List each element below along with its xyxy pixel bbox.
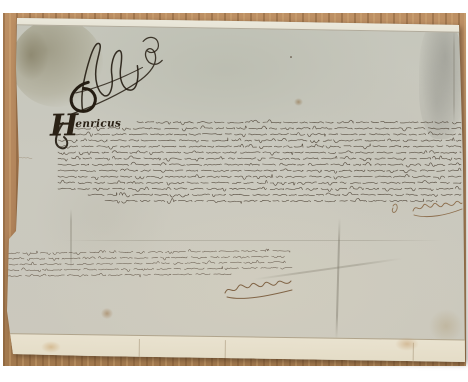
royal-signature-curl <box>143 37 159 53</box>
royal-signature <box>67 37 165 114</box>
body-text-line <box>105 198 437 203</box>
body-text-line <box>137 120 461 125</box>
docket-signature-letters <box>225 281 291 293</box>
marginal-annotation-block <box>19 157 32 158</box>
docket-text-line <box>7 272 231 278</box>
photo-frame: Henricus <box>0 0 468 382</box>
vellum-document: Henricus <box>3 13 466 366</box>
docket-signature-underline <box>227 290 292 298</box>
ink-speck <box>290 56 292 58</box>
manuscript-ink <box>3 13 466 366</box>
body-text-line <box>58 180 461 185</box>
body-text-line <box>58 186 461 191</box>
secretarial-signature-letters <box>413 201 462 211</box>
secretarial-signature-underline <box>414 209 462 217</box>
body-text-line <box>58 151 461 156</box>
body-text-line <box>58 156 461 161</box>
marginal-annotation <box>19 157 32 158</box>
body-text-line <box>58 174 461 179</box>
docket-text-line <box>6 249 290 256</box>
docket-signature <box>225 281 292 298</box>
body-text-line <box>58 162 461 167</box>
body-text-line <box>75 132 461 137</box>
secretarial-signature <box>413 201 462 216</box>
body-text-line <box>75 126 461 131</box>
docket-text-line <box>6 255 285 262</box>
sign-off-mark <box>392 204 397 212</box>
docket-text-line-block <box>4 249 292 279</box>
vellum-document-wrap: Henricus <box>3 13 466 366</box>
body-text-line <box>58 144 461 149</box>
royal-signature-loops <box>79 41 140 110</box>
body-text-line <box>58 168 461 173</box>
body-text-line <box>88 192 461 197</box>
docket-text-line <box>9 260 285 266</box>
opening-word-henricus: Henricus <box>50 107 122 143</box>
docket-text-line <box>4 266 292 273</box>
wooden-table-background: Henricus <box>3 13 466 366</box>
